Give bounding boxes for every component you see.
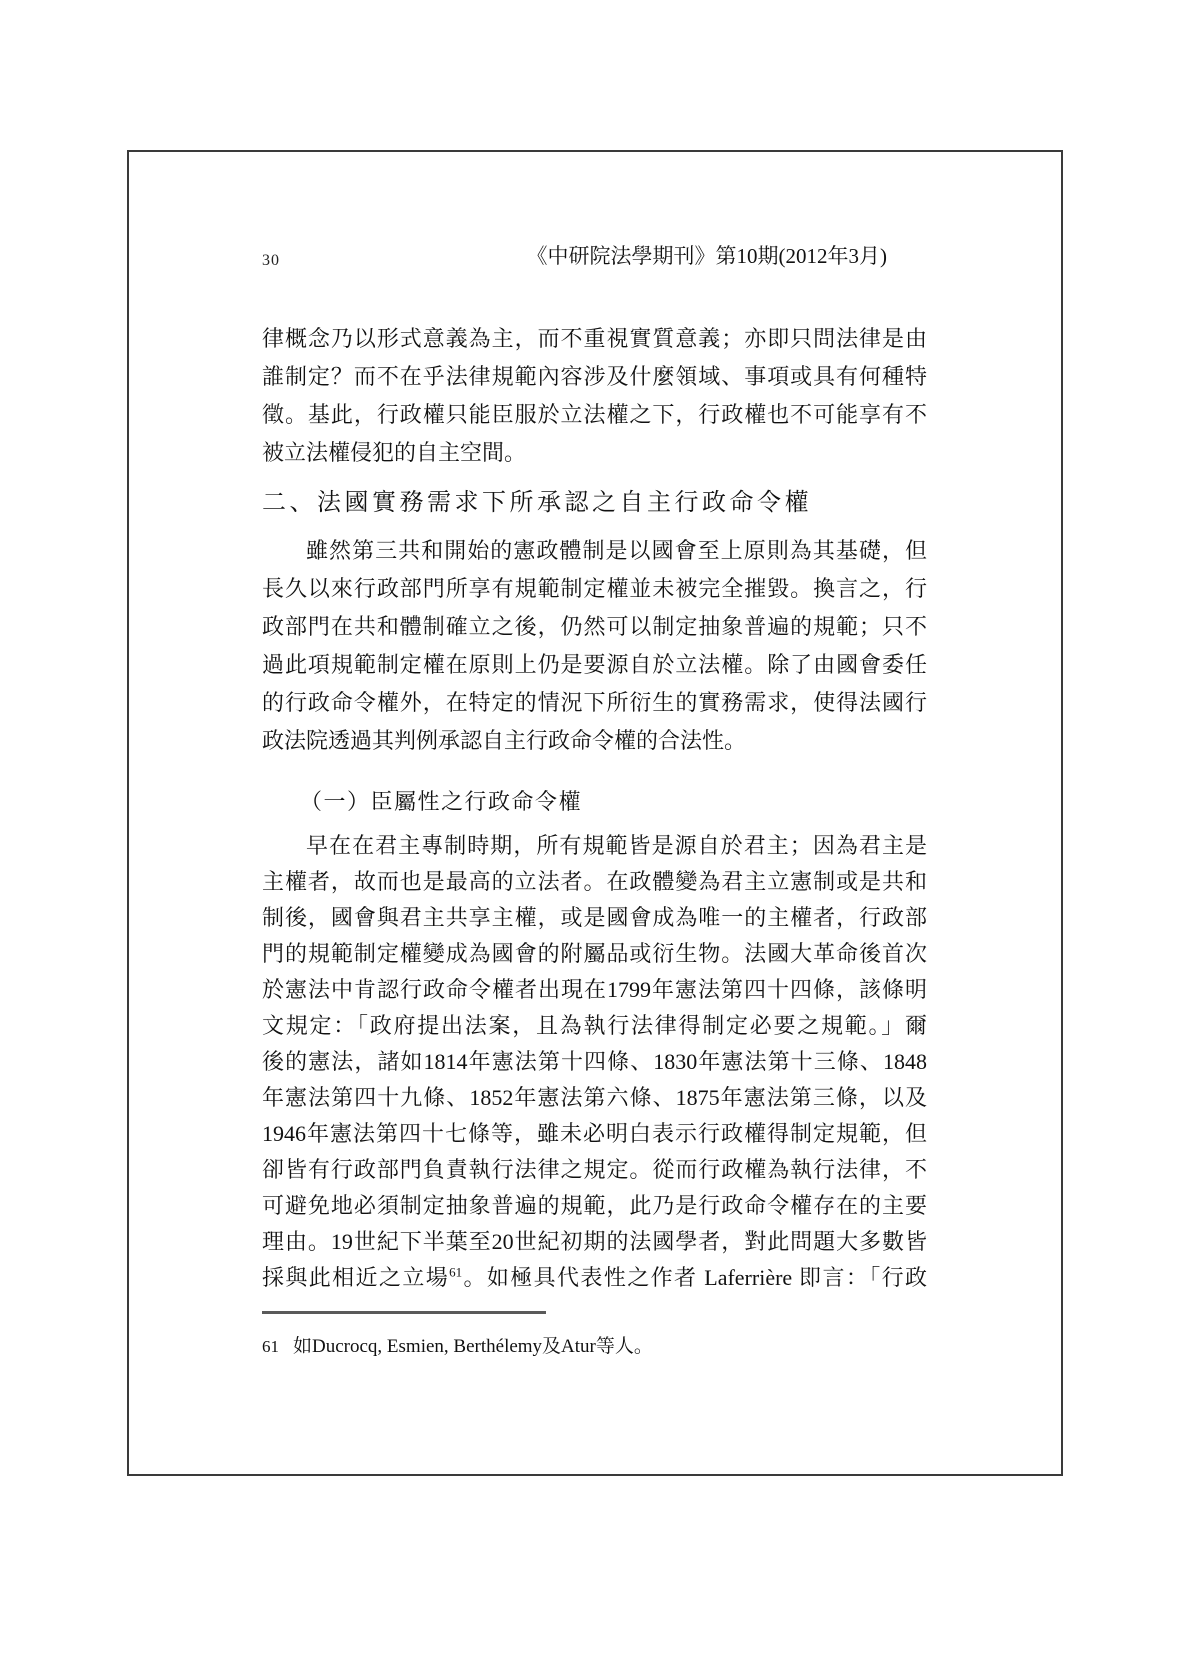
text-line: 過此項規範制定權在原則上仍是要源自於立法權。除了由國會委任 bbox=[262, 646, 927, 684]
text-line: 門的規範制定權變成為國會的附屬品或衍生物。法國大革命後首次 bbox=[262, 936, 927, 972]
footnote-lead: 如 bbox=[293, 1336, 312, 1357]
text-line: 於憲法中肯認行政命令權者出現在1799年憲法第四十四條，該條明 bbox=[262, 972, 927, 1008]
footnote: 61如Ducrocq, Esmien, Berthélemy及Atur等人。 bbox=[262, 1332, 927, 1362]
text-line: 可避免地必須制定抽象普遍的規範，此乃是行政命令權存在的主要 bbox=[262, 1188, 927, 1224]
text-line: 誰制定？而不在乎法律規範內容涉及什麼領域、事項或具有何種特 bbox=[262, 358, 927, 396]
text-line: 制後，國會與君主共享主權，或是國會成為唯一的主權者，行政部 bbox=[262, 900, 927, 936]
paragraph-2: 雖然第三共和開始的憲政體制是以國會至上原則為其基礎，但 長久以來行政部門所享有規… bbox=[262, 532, 927, 760]
footnote-number: 61 bbox=[262, 1337, 279, 1356]
journal-title: 《中研院法學期刊》第10期(2012年3月) bbox=[527, 240, 928, 270]
text-line: 1946年憲法第四十七條等，雖未必明白表示行政權得制定規範，但 bbox=[262, 1116, 927, 1152]
text-segment: 。如極具代表性之作者 Laferrière 即言：「行政 bbox=[462, 1265, 927, 1290]
paragraph-1: 律概念乃以形式意義為主，而不重視實質意義；亦即只問法律是由 誰制定？而不在乎法律… bbox=[262, 320, 927, 472]
paragraph-3: 早在在君主專制時期，所有規範皆是源自於君主；因為君主是 主權者，故而也是最高的立… bbox=[262, 828, 927, 1296]
page-header: 30 《中研院法學期刊》第10期(2012年3月) bbox=[262, 240, 927, 270]
text-line: 雖然第三共和開始的憲政體制是以國會至上原則為其基礎，但 bbox=[262, 532, 927, 570]
text-line: 早在在君主專制時期，所有規範皆是源自於君主；因為君主是 bbox=[262, 828, 927, 864]
text-line: 徵。基此，行政權只能臣服於立法權之下，行政權也不可能享有不 bbox=[262, 396, 927, 434]
text-line: 律概念乃以形式意義為主，而不重視實質意義；亦即只問法律是由 bbox=[262, 320, 927, 358]
footnote-ref-superscript: 61 bbox=[449, 1265, 462, 1280]
text-line: 的行政命令權外，在特定的情況下所衍生的實務需求，使得法國行 bbox=[262, 684, 927, 722]
footnote-separator bbox=[262, 1311, 546, 1314]
footnote-text: Ducrocq, Esmien, Berthélemy及Atur等人。 bbox=[312, 1336, 653, 1357]
page-number: 30 bbox=[262, 252, 280, 270]
text-segment: 採與此相近之立場 bbox=[262, 1265, 449, 1290]
document-page: 30 《中研院法學期刊》第10期(2012年3月) 律概念乃以形式意義為主，而不… bbox=[0, 0, 1177, 1664]
text-line: 被立法權侵犯的自主空間。 bbox=[262, 434, 927, 472]
text-line: 長久以來行政部門所享有規範制定權並未被完全摧毀。換言之，行 bbox=[262, 570, 927, 608]
text-line-with-footnote-ref: 採與此相近之立場61。如極具代表性之作者 Laferrière 即言：「行政 bbox=[262, 1260, 927, 1296]
text-line: 卻皆有行政部門負責執行法律之規定。從而行政權為執行法律，不 bbox=[262, 1152, 927, 1188]
text-line: 主權者，故而也是最高的立法者。在政體變為君主立憲制或是共和 bbox=[262, 864, 927, 900]
text-line: 文規定：「政府提出法案，且為執行法律得制定必要之規範。」爾 bbox=[262, 1008, 927, 1044]
text-line: 政部門在共和體制確立之後，仍然可以制定抽象普遍的規範；只不 bbox=[262, 608, 927, 646]
text-line: 年憲法第四十九條、1852年憲法第六條、1875年憲法第三條，以及 bbox=[262, 1080, 927, 1116]
text-line: 理由。19世紀下半葉至20世紀初期的法國學者，對此問題大多數皆 bbox=[262, 1224, 927, 1260]
section-heading: 二、法國實務需求下所承認之自主行政命令權 bbox=[262, 482, 927, 524]
text-line: 政法院透過其判例承認自主行政命令權的合法性。 bbox=[262, 722, 927, 760]
subsection-heading: （一）臣屬性之行政命令權 bbox=[262, 782, 927, 822]
text-line: 後的憲法，諸如1814年憲法第十四條、1830年憲法第十三條、1848 bbox=[262, 1044, 927, 1080]
